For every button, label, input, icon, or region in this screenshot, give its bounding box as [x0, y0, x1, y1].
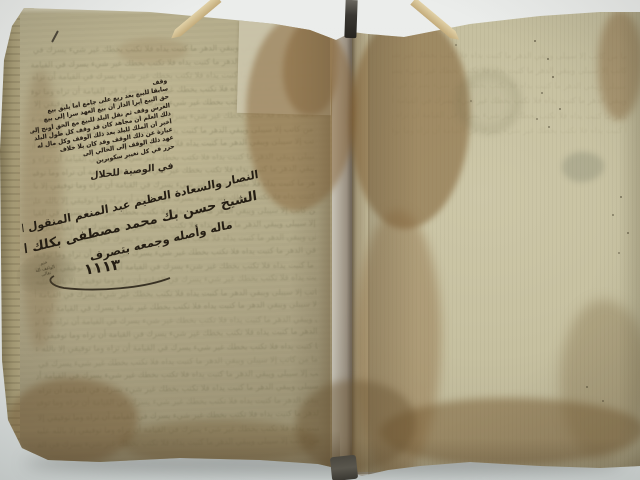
stain: [598, 10, 640, 120]
manuscript-book: وقف لله صح تم بلغ وقف وما من كاتب إلا سي…: [0, 0, 640, 480]
leather-strap-top: [344, 0, 357, 38]
stain: [560, 300, 640, 460]
leather-strap-bottom: [330, 455, 358, 480]
foxing-specks: [0, 0, 2, 2]
photo-stage: وقف لله صح تم بلغ وقف وما من كاتب إلا سي…: [0, 0, 640, 480]
seal-ghost-impression: [444, 60, 532, 144]
